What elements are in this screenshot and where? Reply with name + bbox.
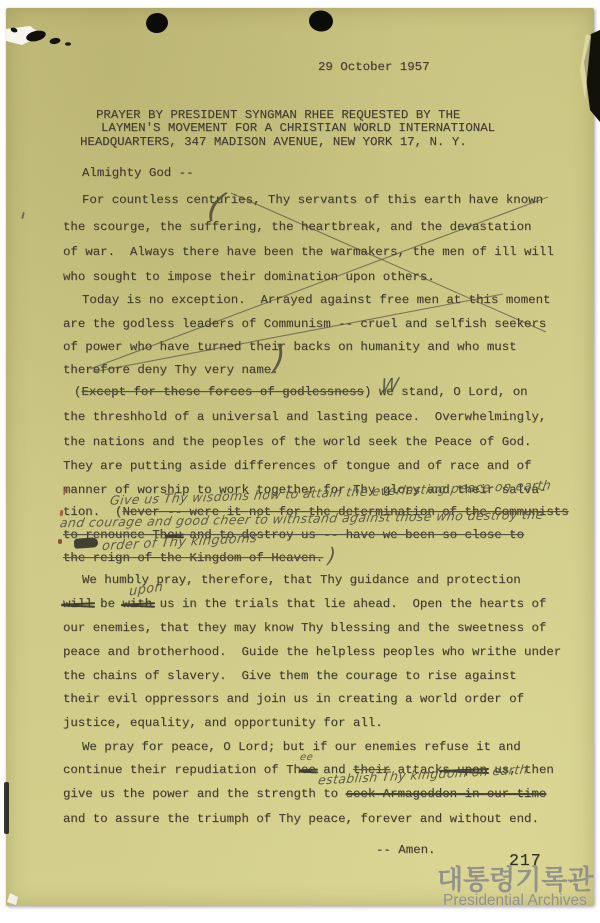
typed-text: our enemies, that they may know Thy bles… <box>63 621 546 635</box>
typed-text: therefore deny Thy very name. <box>63 363 279 377</box>
typed-text: For countless centuries, Thy servants of… <box>82 193 543 207</box>
salutation: Almighty God -- <box>82 166 194 180</box>
body-line: who sought to impose their domination up… <box>63 270 435 284</box>
body-line: therefore deny Thy very name. <box>63 363 279 377</box>
hw-close-paren-name: ) <box>272 337 286 377</box>
typed-text: Almighty God -- <box>82 166 194 180</box>
typed-text: ) <box>364 385 379 399</box>
typed-text: of power who have turned their backs on … <box>63 340 517 354</box>
typed-text: who sought to impose their domination up… <box>63 270 435 284</box>
red-margin-mark <box>58 539 62 544</box>
scanned-document-page: 217 대통령기록관 Presidential Archives 29 Octo… <box>0 0 600 923</box>
typed-text: the threshhold of a universal and lastin… <box>63 410 546 424</box>
typed-text: HEADQUARTERS, 347 MADISON AVENUE, NEW YO… <box>80 135 467 149</box>
watermark-english: Presidential Archives <box>443 892 587 910</box>
hw-capital-w: W <box>380 374 400 396</box>
typed-text: -- Amen. <box>376 843 436 857</box>
body-line: of power who have turned their backs on … <box>63 340 517 354</box>
typed-text: give us the power and the strength to <box>63 787 346 801</box>
heading-line-1: PRAYER BY PRESIDENT SYNGMAN RHEE REQUEST… <box>96 108 460 122</box>
body-line: are the godless leaders of Communism -- … <box>63 317 546 331</box>
struck-text: ee <box>301 763 316 777</box>
scribbled-out-word <box>74 537 99 549</box>
body-line: peace and brotherhood. Guide the helples… <box>63 645 561 659</box>
typed-text: we stand, O Lord, on <box>379 385 528 399</box>
body-line: our enemies, that they may know Thy bles… <box>63 621 546 635</box>
typed-text: their evil oppressors and join us in cre… <box>63 692 524 706</box>
typed-text: peace and brotherhood. Guide the helples… <box>63 645 561 659</box>
body-line: justice, equality, and opportunity for a… <box>63 716 383 730</box>
typed-text: justice, equality, and opportunity for a… <box>63 716 383 730</box>
struck-text: Except for these forces of godlessness <box>81 385 364 399</box>
typed-text: 29 October 1957 <box>318 60 430 74</box>
struck-text: with <box>123 597 153 611</box>
hw-ee: ee <box>299 752 314 763</box>
body-line: Today is no exception. Arrayed against f… <box>82 293 550 307</box>
typed-text: the nations and the peoples of the world… <box>63 435 531 449</box>
typed-text: of war. Always there have been the warma… <box>63 245 554 259</box>
body-line: (Except for these forces of godlessness)… <box>74 385 528 399</box>
typed-text: LAYMEN'S MOVEMENT FOR A CHRISTIAN WORLD … <box>101 121 495 135</box>
typed-text: PRAYER BY PRESIDENT SYNGMAN RHEE REQUEST… <box>96 108 460 122</box>
typed-text: and to assure the triumph of Thy peace, … <box>63 812 539 826</box>
typed-text: are the godless leaders of Communism -- … <box>63 317 546 331</box>
body-line: of war. Always there have been the warma… <box>63 245 554 259</box>
typed-text: the chains of slavery. Give them the cou… <box>63 669 517 683</box>
typed-text: They are putting aside differences of to… <box>63 459 531 473</box>
body-line: the threshhold of a universal and lastin… <box>63 410 546 424</box>
body-line: the nations and the peoples of the world… <box>63 435 531 449</box>
heading-line-2: LAYMEN'S MOVEMENT FOR A CHRISTIAN WORLD … <box>101 121 495 135</box>
typed-text: be <box>93 597 123 611</box>
body-line: their evil oppressors and join us in cre… <box>63 692 524 706</box>
typed-text: us in the trials that lie ahead. Open th… <box>152 597 546 611</box>
typed-text: continue their repudiation of Th <box>63 763 301 777</box>
typed-text: Today is no exception. Arrayed against f… <box>82 293 550 307</box>
body-line: will be with us in the trials that lie a… <box>63 597 546 611</box>
closing-amen: -- Amen. <box>376 843 436 857</box>
date-line: 29 October 1957 <box>318 60 430 74</box>
body-line: and to assure the triumph of Thy peace, … <box>63 812 539 826</box>
body-line: the chains of slavery. Give them the cou… <box>63 669 517 683</box>
typed-text: the scourge, the suffering, the heartbre… <box>63 220 531 234</box>
struck-text: will <box>63 597 93 611</box>
heading-line-3: HEADQUARTERS, 347 MADISON AVENUE, NEW YO… <box>80 135 467 149</box>
body-line: the scourge, the suffering, the heartbre… <box>63 220 531 234</box>
body-line: They are putting aside differences of to… <box>63 459 531 473</box>
body-line: give us the power and the strength to se… <box>63 787 546 801</box>
struck-text: seek Armageddon in our time <box>346 787 547 801</box>
body-line: For countless centuries, Thy servants of… <box>82 193 543 207</box>
